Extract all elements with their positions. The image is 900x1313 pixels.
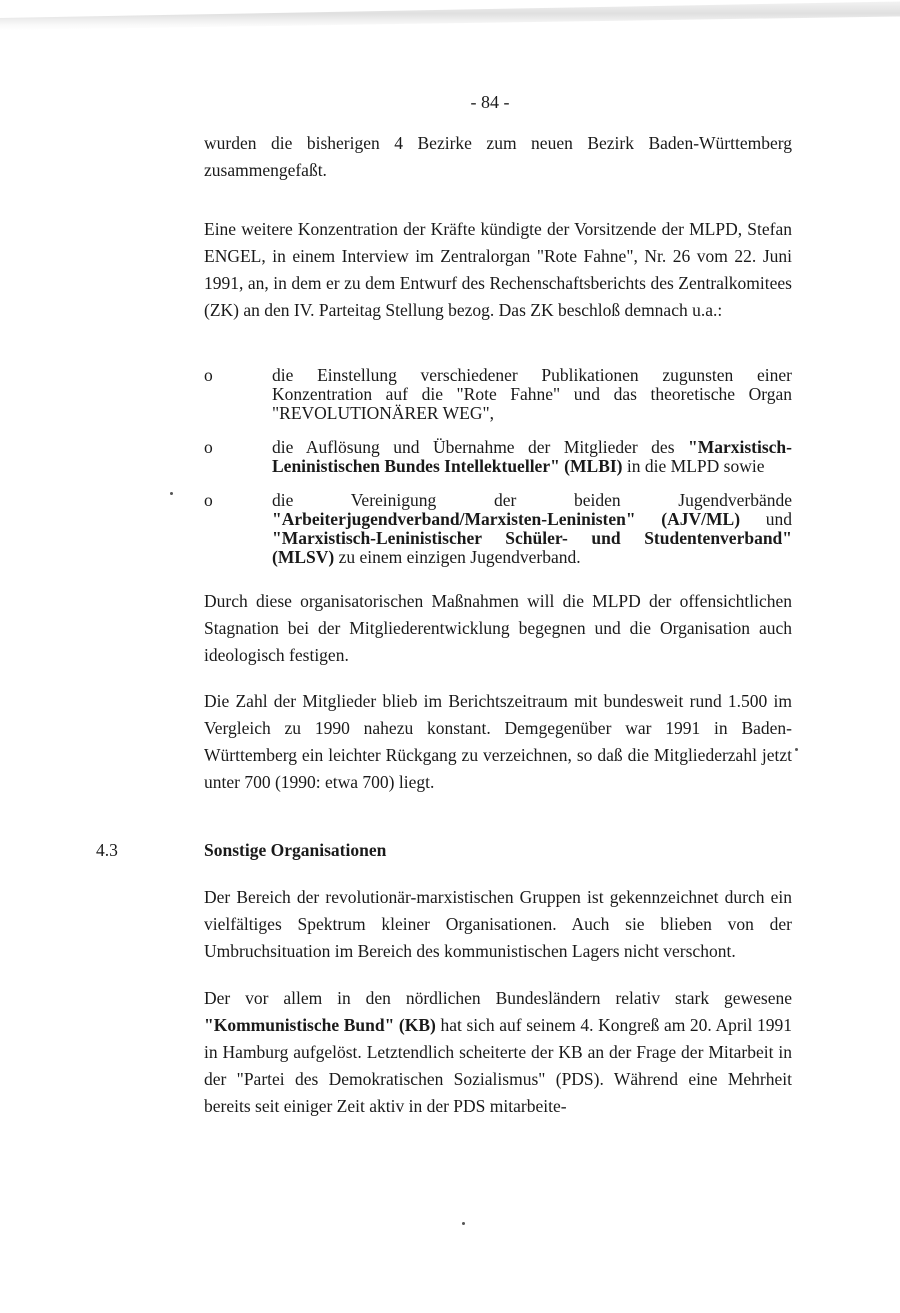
list-item-text: die Vereinigung der beiden Jugendverbänd…: [272, 491, 792, 567]
scan-speck: [170, 492, 173, 495]
scan-speck: [462, 1222, 465, 1225]
text-run: zu einem einzigen Jugendverband.: [334, 547, 580, 567]
organization-name: "Arbeiterjugendverband/Marxisten-Leninis…: [272, 509, 740, 529]
text-run: Der vor allem in den nördlichen Bundeslä…: [204, 988, 792, 1008]
paragraph-mitglieder: Die Zahl der Mitglieder blieb im Bericht…: [204, 688, 792, 796]
organization-name: "Kommunistische Bund" (KB): [204, 1015, 436, 1035]
paragraph-konzentration: Eine weitere Konzentration der Kräfte kü…: [204, 216, 792, 324]
scan-speck: [795, 748, 798, 751]
paragraph-gruppen: Der Bereich der revolutionär-marxistisch…: [204, 884, 792, 965]
list-item: o die Vereinigung der beiden Jugendverbä…: [204, 491, 792, 567]
scan-edge-shadow: [0, 0, 900, 30]
text-run: in die MLPD sowie: [623, 456, 765, 476]
bullet-icon: o: [204, 366, 272, 423]
paragraph-kb: Der vor allem in den nördlichen Bundeslä…: [204, 985, 792, 1120]
paragraph-massnahmen: Durch diese organisatorischen Maßnahmen …: [204, 588, 792, 669]
bullet-icon: o: [204, 438, 272, 476]
section-number: 4.3: [96, 840, 204, 861]
text-run: die Auflösung und Übernahme der Mitglied…: [272, 437, 688, 457]
section-heading: 4.3 Sonstige Organisationen: [96, 840, 386, 861]
list-item-text: die Einstellung verschiedener Publikatio…: [272, 366, 792, 423]
section-title: Sonstige Organisationen: [204, 840, 386, 861]
list-item-text: die Auflösung und Übernahme der Mitglied…: [272, 438, 792, 476]
list-item: o die Einstellung verschiedener Publikat…: [204, 366, 792, 423]
text-run: und: [740, 509, 792, 529]
bullet-icon: o: [204, 491, 272, 567]
list-item: o die Auflösung und Übernahme der Mitgli…: [204, 438, 792, 476]
page-number: - 84 -: [0, 92, 900, 113]
text-run: die Vereinigung der beiden Jugendverbänd…: [272, 490, 792, 510]
paragraph-bezirke: wurden die bisherigen 4 Bezirke zum neue…: [204, 130, 792, 184]
decision-list: o die Einstellung verschiedener Publikat…: [204, 366, 792, 582]
